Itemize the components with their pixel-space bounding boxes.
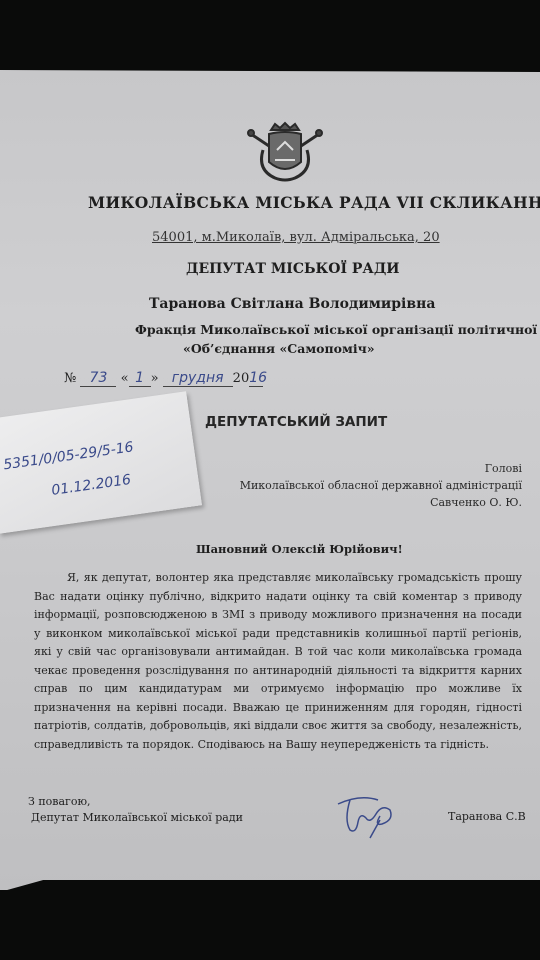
table-surface bbox=[0, 880, 540, 900]
salutation: Шановний Олексій Юрійович! bbox=[196, 542, 403, 556]
deputy-name: Таранова Світлана Володимирівна bbox=[149, 296, 435, 312]
faction-line-2: «Об’єднання «Самопоміч» bbox=[183, 341, 375, 356]
closing-regards: З повагою, bbox=[28, 795, 91, 808]
coat-of-arms-icon bbox=[245, 120, 325, 190]
signature-icon bbox=[330, 790, 410, 840]
recipient-line-2: Миколаївської обласної державної адмініс… bbox=[240, 479, 522, 492]
faction-line-1: Фракція Миколаївської міської організаці… bbox=[135, 322, 540, 337]
ref-number: 73 bbox=[80, 370, 116, 387]
recipient-line-3: Савченко О. Ю. bbox=[430, 496, 522, 509]
signer-name: Таранова С.В bbox=[448, 810, 526, 823]
closing-title: Депутат Миколаївської міської ради bbox=[31, 811, 243, 824]
recipient-line-1: Голові bbox=[485, 462, 522, 475]
reference-line: № 73 «1» грудня2016 bbox=[64, 370, 263, 387]
number-label: № bbox=[64, 371, 76, 386]
body-paragraph: Я, як депутат, волонтер яка представляє … bbox=[34, 569, 522, 754]
document-type: ДЕПУТАТСЬКИЙ ЗАПИТ bbox=[205, 414, 387, 430]
council-address: 54001, м.Миколаїв, вул. Адміральська, 20 bbox=[152, 230, 440, 245]
ref-year-suffix: 16 bbox=[249, 370, 263, 387]
ref-year-prefix: 20 bbox=[233, 371, 250, 386]
registration-date: 01.12.2016 bbox=[50, 472, 132, 499]
position-heading: ДЕПУТАТ МІСЬКОЇ РАДИ bbox=[186, 261, 400, 277]
registration-number: 5351/0/05-29/5-16 bbox=[2, 439, 134, 473]
ref-month: грудня bbox=[163, 370, 233, 387]
quote-open: « bbox=[121, 371, 129, 386]
quote-close: » bbox=[151, 371, 159, 386]
ref-day: 1 bbox=[129, 370, 151, 387]
council-title: МИКОЛАЇВСЬКА МІСЬКА РАДА VII СКЛИКАННЯ bbox=[88, 193, 540, 212]
